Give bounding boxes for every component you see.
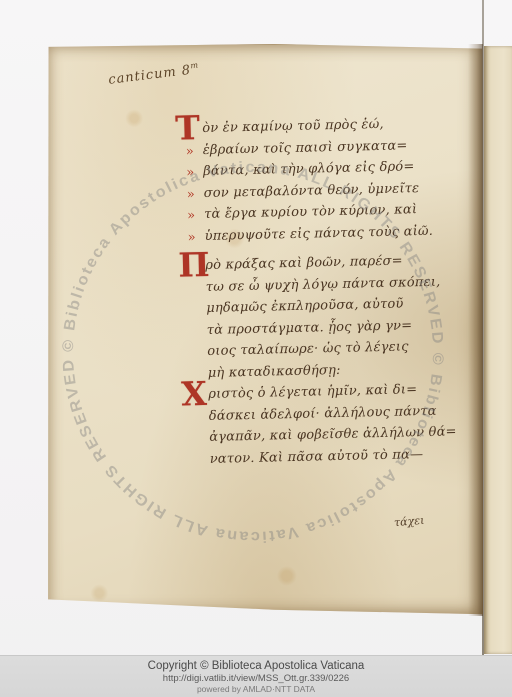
line-text: ὑπερυψοῦτε εἰς πάντας τοὺς αἰῶ. (205, 223, 434, 243)
footer-url[interactable]: http://digi.vatlib.it/view/MSS_Ott.gr.33… (0, 673, 512, 684)
line-text: μηδαμῶς ἐκπληροῦσα, αὐτοῦ (206, 296, 404, 315)
quote-mark: » (187, 205, 196, 227)
manuscript-text-block: Τὸν ἐν καμίνῳ τοῦ πρὸς ἑώ,»ἑβραίων τοῖς … (202, 113, 420, 470)
line-text: τὰ προστάγματα. ᾗος γὰρ γν= (207, 318, 413, 338)
line-text: οιος ταλαίπωρε· ὡς τὸ λέγεις (207, 339, 409, 359)
footer-bar: Copyright © Biblioteca Apostolica Vatica… (0, 655, 512, 697)
quote-mark: » (186, 184, 195, 206)
footer-powered-by: powered by AMLAD·NTT DATA (0, 684, 512, 694)
footer-copyright: Copyright © Biblioteca Apostolica Vatica… (0, 660, 512, 673)
folio-annotation-superscript: m (190, 61, 199, 71)
line-text: τω σε ὦ ψυχὴ λόγῳ πάντα σκόπει, (206, 274, 441, 294)
scan-viewport: canticum 8m Τὸν ἐν καμίνῳ τοῦ πρὸς ἑώ,»ἑ… (0, 0, 512, 697)
quote-mark: » (186, 162, 195, 184)
line-text: ρὸ κράξας καὶ βοῶν, παρέσ= (205, 253, 403, 272)
facing-page-edge (484, 46, 512, 654)
line-text: ὸν ἐν καμίνῳ τοῦ πρὸς ἑώ, (202, 117, 384, 136)
rubric-initial: Τ (175, 111, 201, 145)
line-text: βάντα, καὶ τὴν φλόγα εἰς δρό= (203, 159, 415, 179)
line-text: ριστὸς ὁ λέγεται ἡμῖν, καὶ δι= (208, 382, 417, 402)
line-text: τὰ ἔργα κυρίου τὸν κύριον, καὶ (204, 202, 417, 222)
line-text: σον μεταβαλόντα θεόν, ὑμνεῖτε (204, 181, 420, 201)
quote-mark: » (186, 141, 195, 163)
line-text: μὴ καταδικασθήσῃ: (208, 362, 341, 380)
line-text: δάσκει ἀδελφοί· ἀλλήλους πάντα (209, 403, 437, 423)
rubric-initial: Χ (181, 377, 208, 411)
line-text: νατον. Καὶ πᾶσα αὐτοῦ τὸ πα— (210, 447, 424, 467)
line-text: ἑβραίων τοῖς παισὶ συγκατα= (203, 138, 408, 158)
manuscript-line: »ὑπερυψοῦτε εἰς πάντας τοὺς αἰῶ. (204, 221, 414, 247)
book-gutter (468, 44, 483, 616)
catchword: τάχει (393, 514, 424, 530)
